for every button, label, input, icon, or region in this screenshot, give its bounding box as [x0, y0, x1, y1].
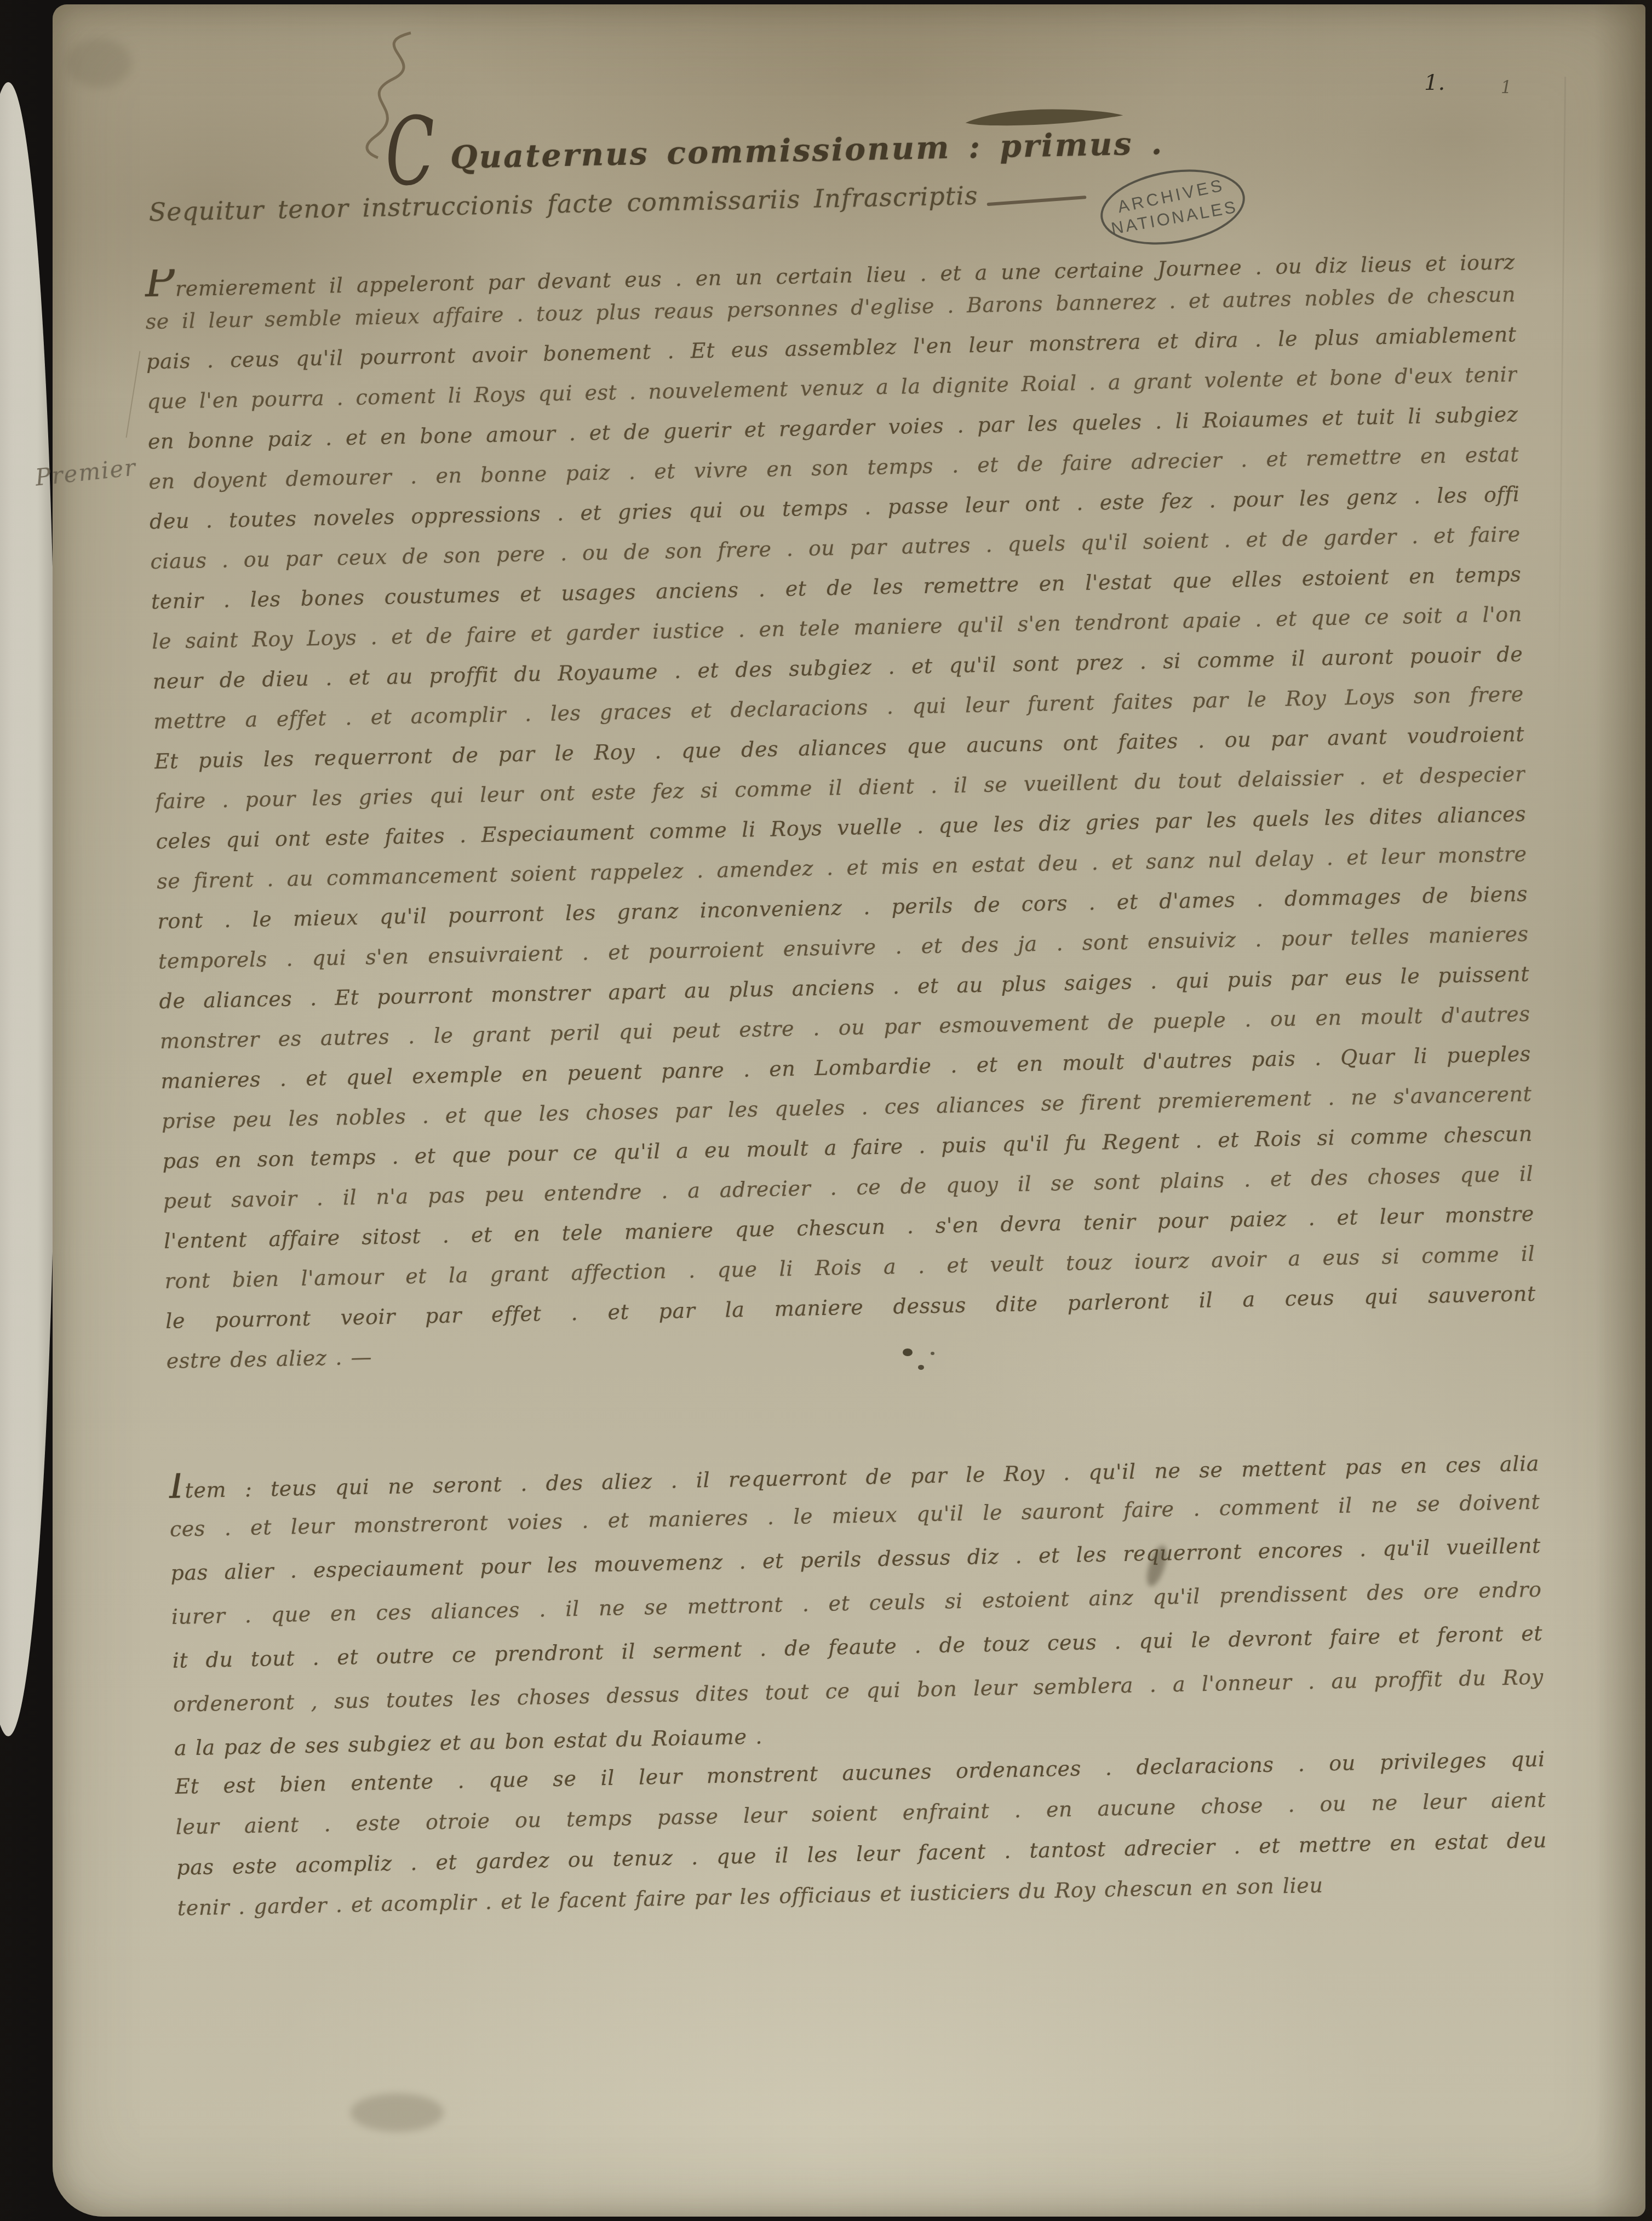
title-swash-flourish-icon: [964, 103, 1125, 131]
ink-blot: [903, 1348, 913, 1356]
subtitle-row: Sequitur tenor instruccionis facte commi…: [148, 181, 978, 227]
corner-smudge: [66, 38, 131, 88]
paragraph-premierement: Premierement il appeleront par devant eu…: [145, 242, 1538, 1389]
ink-blot: [931, 1352, 934, 1355]
manuscript-text-layer: CQuaternus commissionum : primus . Sequi…: [0, 0, 1652, 2221]
paragraph-entente: Et est bien entente . que se il leur mon…: [175, 1747, 1548, 1937]
page-title: Quaternus commissionum : primus .: [450, 125, 1163, 176]
paragraph-item: Item : teus qui ne seront . des aliez . …: [169, 1446, 1545, 1780]
folio-number: 1.: [1424, 70, 1445, 95]
rubric-subtitle: Sequitur tenor instruccionis facte commi…: [148, 181, 978, 227]
manuscript-scan: 1. 1 ARCHIVES NATIONALES Premier CQuater…: [0, 0, 1652, 2221]
folio-number-secondary: 1: [1501, 78, 1512, 97]
bottom-smudge: [351, 2093, 444, 2132]
ink-blot: [918, 1365, 924, 1370]
subtitle-dash-flourish: [987, 196, 1087, 206]
capitulum-mark: C: [385, 104, 436, 199]
